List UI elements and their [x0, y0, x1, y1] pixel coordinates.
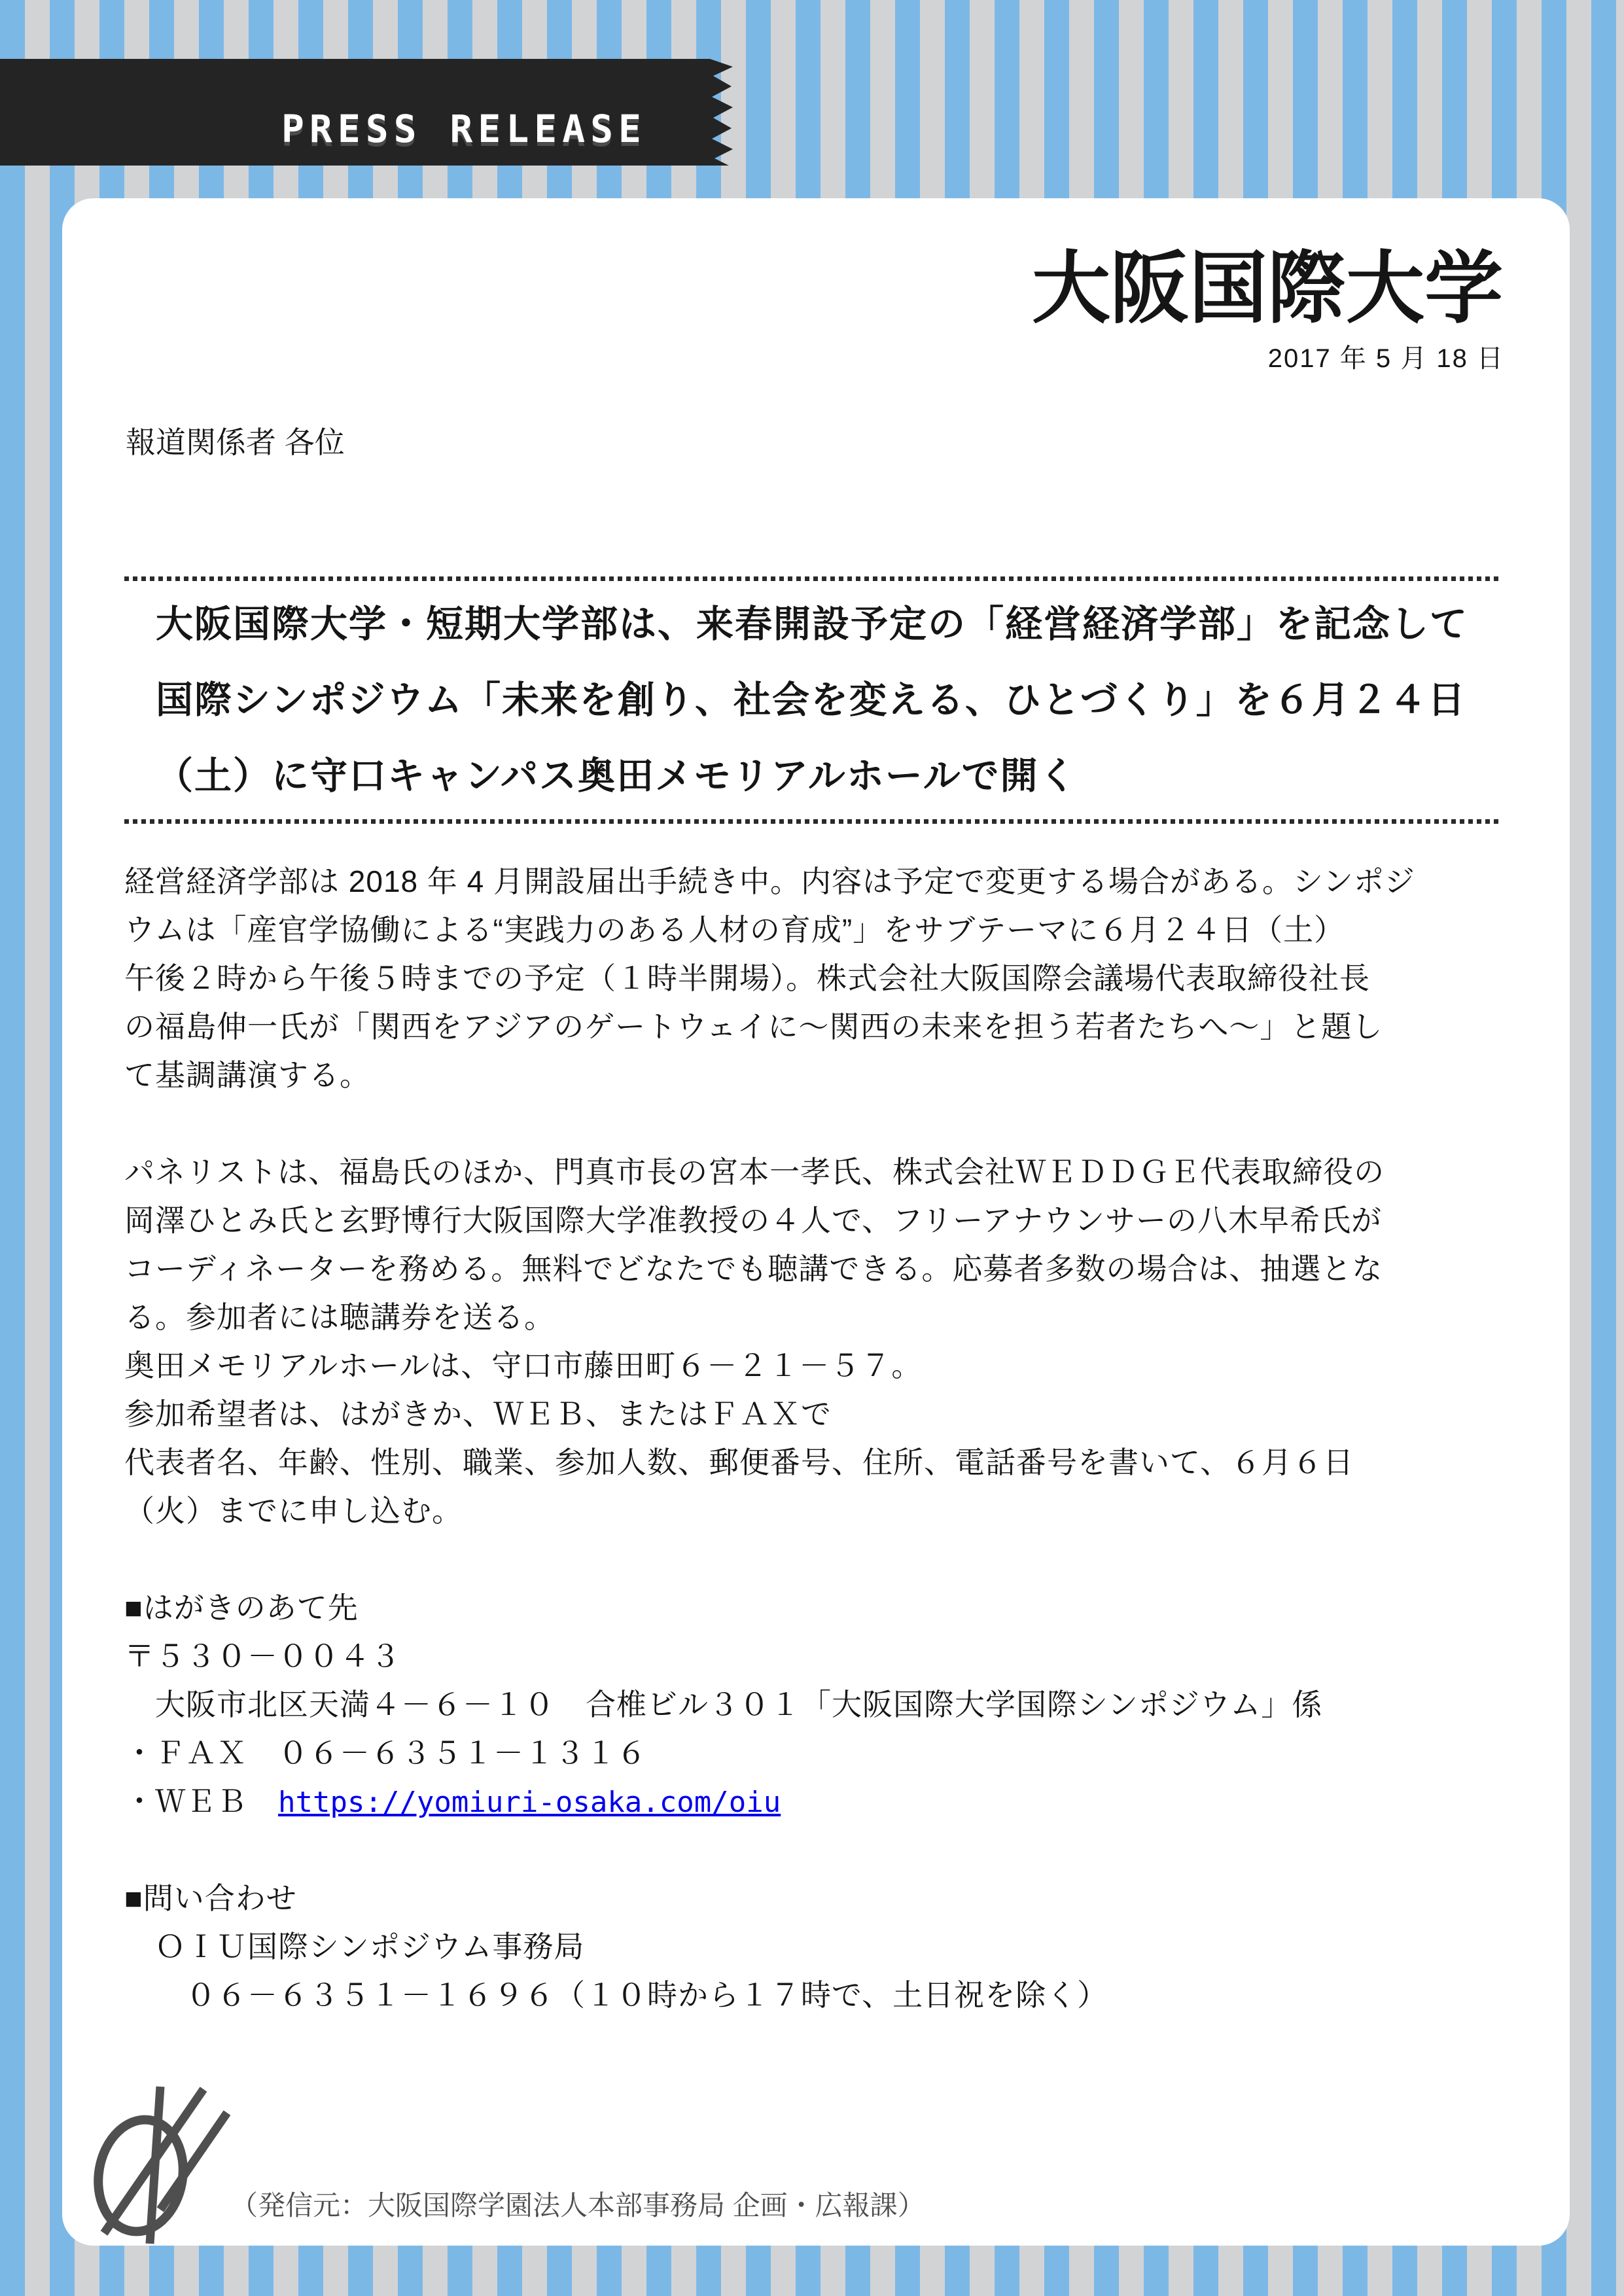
body-line: 代表者名、年齢、性別、職業、参加人数、郵便番号、住所、電話番号を書いて、６月６日	[124, 1438, 1518, 1487]
body-line: ウムは「産官学協働による“実践力のある人材の育成”」をサブテーマに６月２４日（土…	[124, 906, 1518, 954]
address-line: 大阪市北区天満４－６－１０ 合椎ビル３０１「大阪国際大学国際シンポジウム」係	[124, 1680, 1518, 1729]
body-line: パネリストは、福島氏のほか、門真市長の宮本一孝氏、株式会社ＷＥＤＤＧＥ代表取締役…	[124, 1148, 1518, 1196]
fax-line: ・ＦＡＸ ０６－６３５１－１３１６	[124, 1729, 1518, 1777]
contact-heading: ■問い合わせ	[124, 1874, 1518, 1922]
body-line: の福島伸一氏が「関西をアジアのゲートウェイに～関西の未来を担う若者たちへ～」と題…	[124, 1002, 1518, 1051]
web-line: ・ＷＥＢ https://yomiuri-osaka.com/oiu	[124, 1777, 1518, 1826]
body-line: て基調講演する。	[124, 1051, 1518, 1099]
university-title: 大阪国際大学	[1032, 247, 1503, 330]
headline-box: 大阪国際大学・短期大学部は、来春開設予定の「経営経済学部」を記念して 国際シンポ…	[124, 576, 1502, 824]
body-line: コーディネーターを務める。無料でどなたでも聴講できる。応募者多数の場合は、抽選と…	[124, 1245, 1518, 1293]
web-label: ・ＷＥＢ	[124, 1784, 278, 1818]
headline-line-1: 大阪国際大学・短期大学部は、来春開設予定の「経営経済学部」を記念して	[156, 586, 1502, 662]
blank-line	[124, 1826, 1518, 1874]
body-line: 岡澤ひとみ氏と玄野博行大阪国際大学准教授の４人で、フリーアナウンサーの八木早希氏…	[124, 1196, 1518, 1245]
oiu-logo-icon	[75, 2084, 232, 2244]
contact-phone-line: ０６－６３５１－１６９６（１０時から１７時で、土日祝を除く）	[124, 1971, 1518, 2019]
press-release-banner: PRESS RELEASE	[0, 59, 736, 166]
headline-lines: 大阪国際大学・短期大学部は、来春開設予定の「経営経済学部」を記念して 国際シンポ…	[124, 581, 1502, 819]
body-text: 経営経済学部は 2018 年 4 月開設届出手続き中。内容は予定で変更する場合が…	[124, 857, 1518, 2019]
web-link[interactable]: https://yomiuri-osaka.com/oiu	[278, 1786, 781, 1819]
footer-source: （発信元：大阪国際学園法人本部事務局 企画・広報課）	[230, 2184, 925, 2223]
body-line: 奥田メモリアルホールは、守口市藤田町６－２１－５７。	[124, 1341, 1518, 1390]
release-date: 2017 年 5 月 18 日	[1268, 338, 1504, 375]
dotted-rule-bottom	[124, 819, 1502, 824]
recipient-line: 報道関係者 各位	[126, 419, 345, 462]
body-line: （火）までに申し込む。	[124, 1487, 1518, 1535]
paragraph-1: 経営経済学部は 2018 年 4 月開設届出手続き中。内容は予定で変更する場合が…	[124, 857, 1518, 1099]
body-line: 参加希望者は、はがきか、ＷＥＢ、またはＦＡＸで	[124, 1390, 1518, 1438]
body-line: 経営経済学部は 2018 年 4 月開設届出手続き中。内容は予定で変更する場合が…	[124, 857, 1518, 906]
press-release-page: { "colors": { "stripe_blue": "#7cb8e6", …	[0, 0, 1624, 2296]
body-line: 午後２時から午後５時までの予定（１時半開場）。株式会社大阪国際会議場代表取締役社…	[124, 954, 1518, 1002]
headline-line-3: （土）に守口キャンパス奥田メモリアルホールで開く	[156, 738, 1502, 814]
contact-office-line: ＯＩＵ国際シンポジウム事務局	[124, 1922, 1518, 1971]
press-release-label: PRESS RELEASE	[281, 107, 646, 151]
headline-line-2: 国際シンポジウム「未来を創り、社会を変える、ひとづくり」を６月２４日	[156, 662, 1502, 738]
paragraph-2: パネリストは、福島氏のほか、門真市長の宮本一孝氏、株式会社ＷＥＤＤＧＥ代表取締役…	[124, 1148, 1518, 1535]
postal-code-line: 〒５３０－００４３	[124, 1632, 1518, 1680]
postcard-section: ■はがきのあて先 〒５３０－００４３ 大阪市北区天満４－６－１０ 合椎ビル３０１…	[124, 1583, 1518, 1826]
blank-line	[124, 1099, 1518, 1148]
blank-line	[124, 1535, 1518, 1583]
contact-section: ■問い合わせ ＯＩＵ国際シンポジウム事務局 ０６－６３５１－１６９６（１０時から…	[124, 1874, 1518, 2019]
postcard-heading: ■はがきのあて先	[124, 1583, 1518, 1632]
body-line: る。参加者には聴講券を送る。	[124, 1293, 1518, 1341]
dotted-rule-top	[124, 576, 1502, 581]
